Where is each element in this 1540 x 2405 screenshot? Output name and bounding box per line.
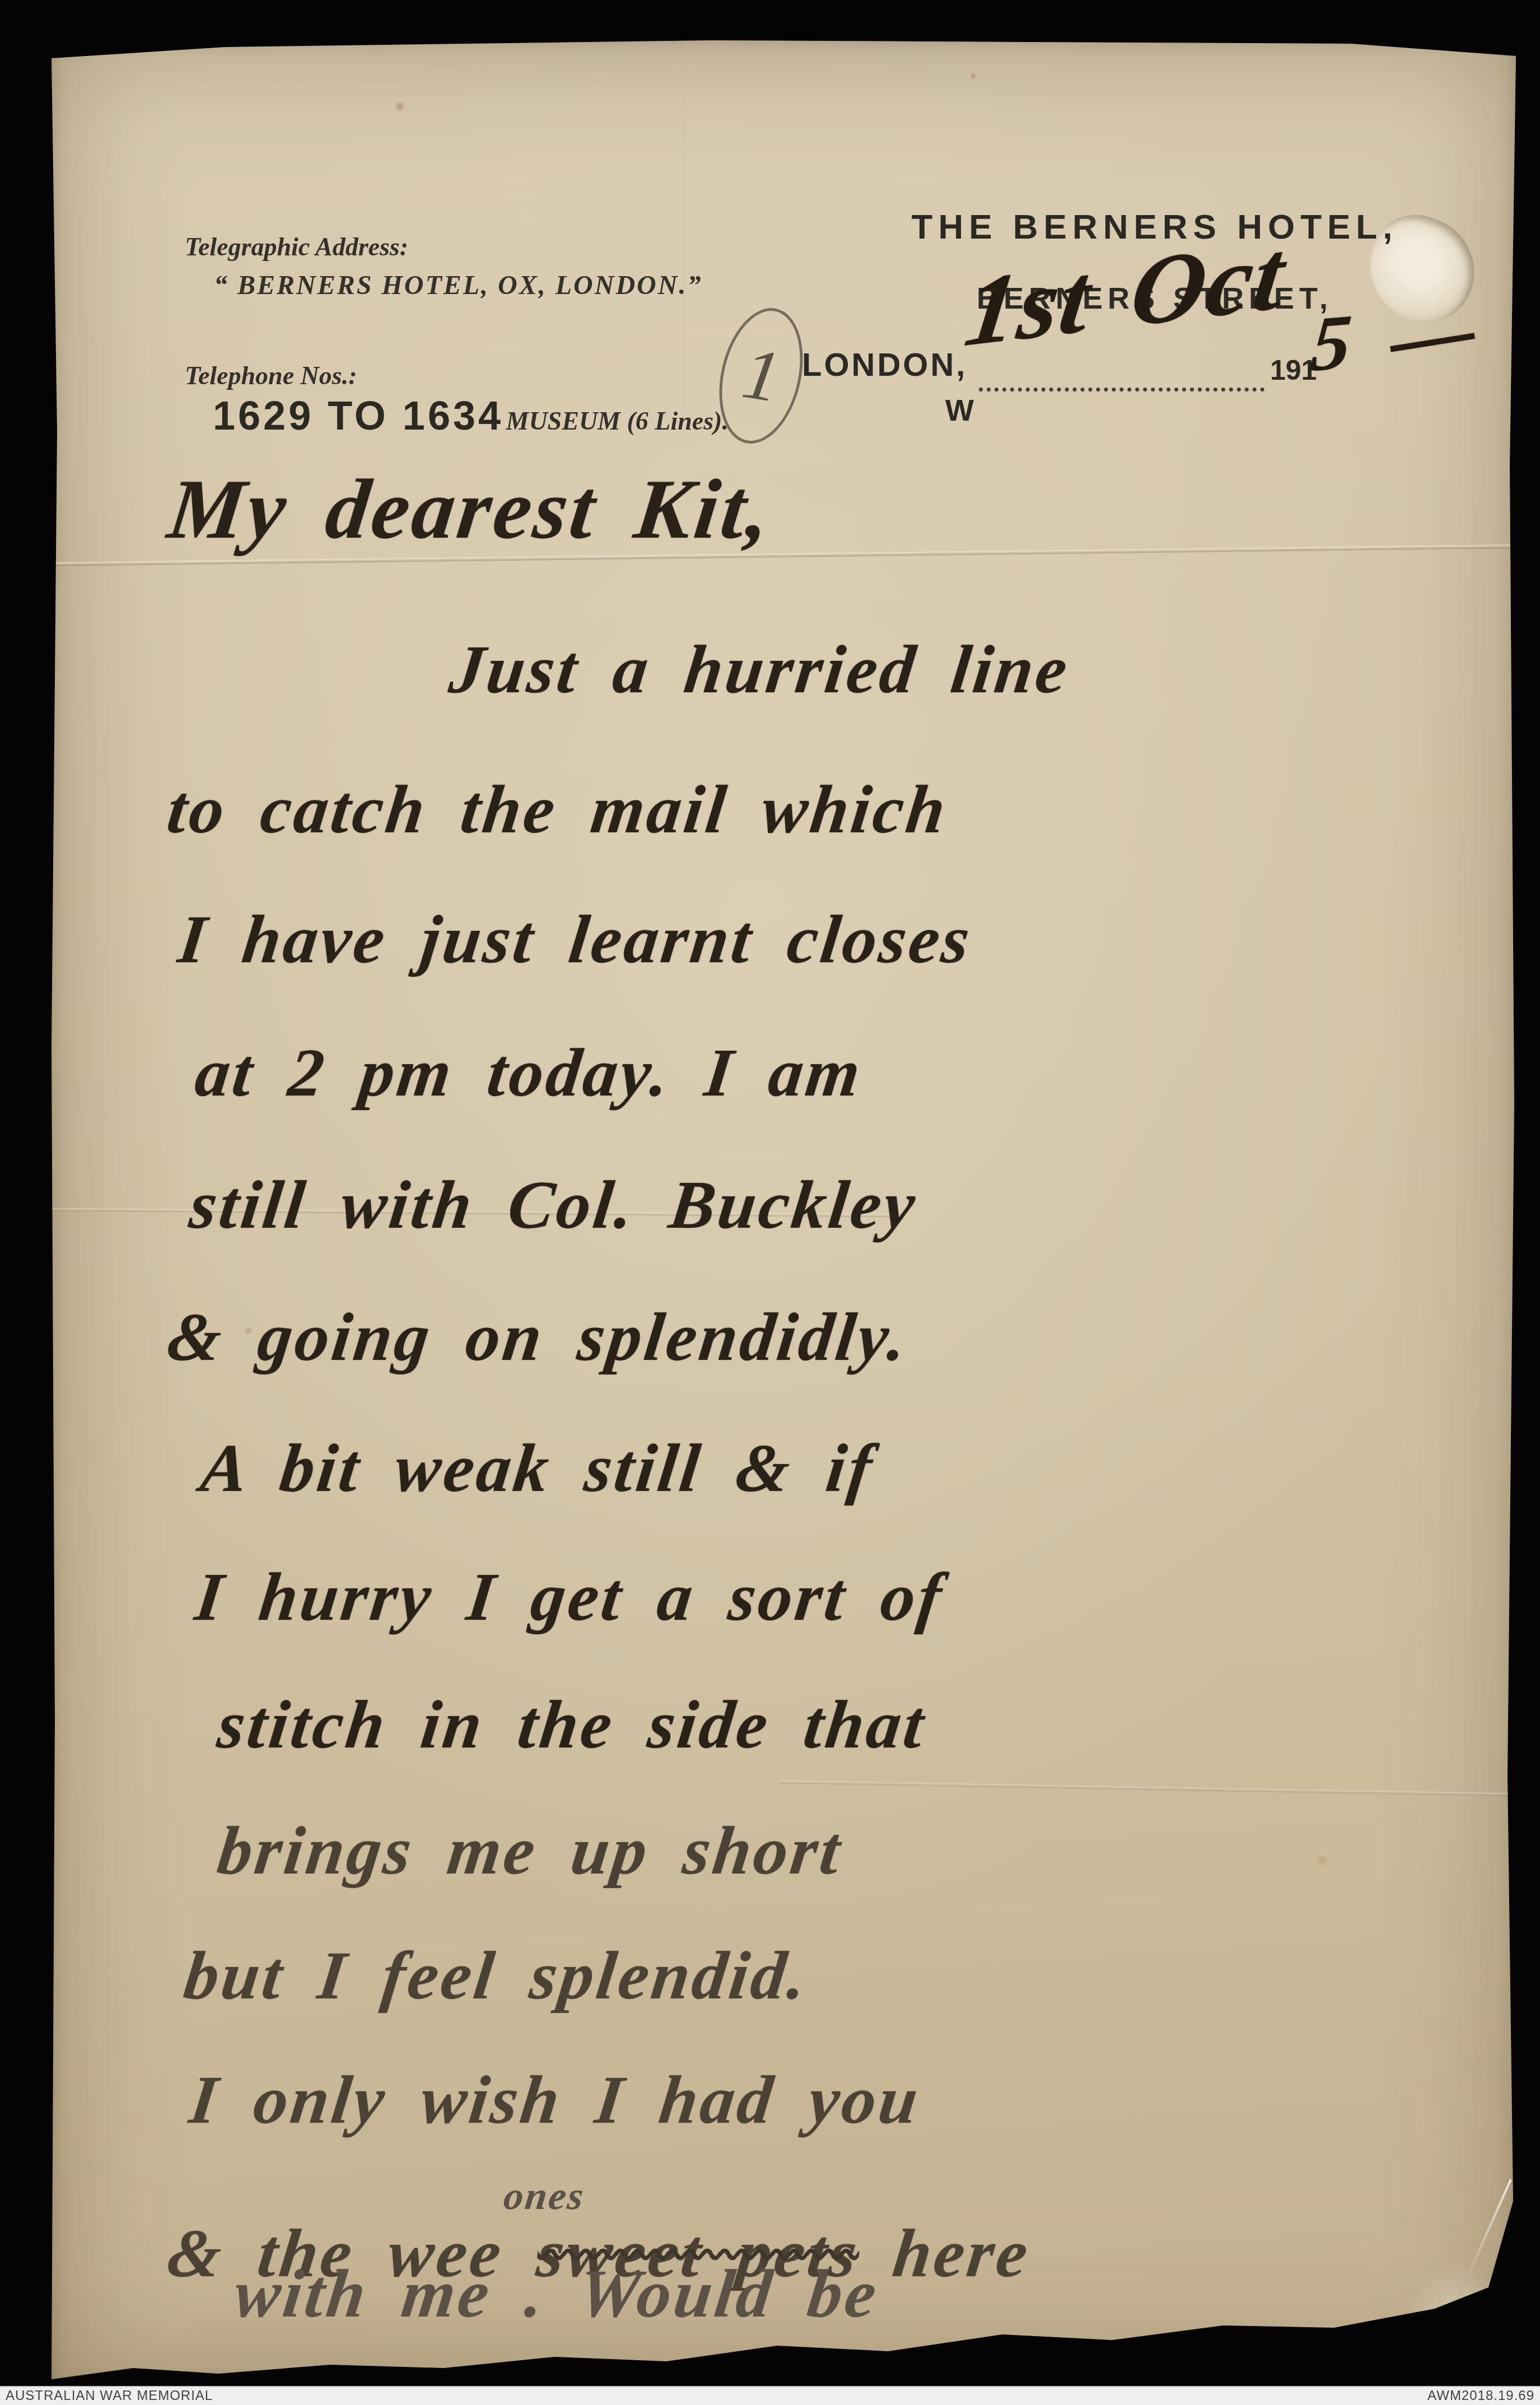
telephone-nos-label: Telephone Nos.: xyxy=(185,361,357,390)
body-line: stitch in the side that xyxy=(213,1686,930,1764)
body-line: & going on splendidly. xyxy=(163,1298,913,1377)
body-line: I have just learnt closes xyxy=(174,901,976,979)
archive-caption-bar: AUSTRALIAN WAR MEMORIAL AWM2018.19.69 xyxy=(0,2386,1540,2405)
fold-crease-lower xyxy=(780,1781,1516,1797)
telegraphic-address-label: Telegraphic Address: xyxy=(185,232,408,262)
body-line: A bit weak still & if xyxy=(197,1429,879,1508)
city-label: LONDON, xyxy=(802,346,967,384)
telephone-numbers: 1629 TO 1634 xyxy=(213,394,503,439)
fold-crease-vertical xyxy=(683,39,685,409)
body-line-last: with me . Would be xyxy=(230,2255,883,2333)
letter-paper: Telegraphic Address: “ BERNERS HOTEL, OX… xyxy=(52,39,1516,2386)
scanned-letter-page: Telegraphic Address: “ BERNERS HOTEL, OX… xyxy=(0,0,1540,2405)
body-line: but I feel splendid. xyxy=(180,1937,813,2015)
inserted-word: ones xyxy=(501,2174,587,2219)
body-line: at 2 pm today. I am xyxy=(191,1034,867,1112)
telephone-exchange: MUSEUM (6 Lines). xyxy=(506,407,729,435)
body-line: brings me up short xyxy=(213,1812,847,1890)
body-line: I only wish I had you xyxy=(185,2061,925,2140)
telegraphic-address-value: “ BERNERS HOTEL, OX, LONDON.” xyxy=(214,270,702,301)
telephone-numbers-row: 1629 TO 1634 MUSEUM (6 Lines). xyxy=(213,393,729,439)
archive-accession-number: AWM2018.19.69 xyxy=(1427,2388,1534,2404)
amended-suffix: here xyxy=(855,2216,1035,2291)
district-label: W xyxy=(945,393,974,428)
date-dotted-line xyxy=(979,357,1264,391)
handwritten-year-digit: 5 xyxy=(1307,296,1357,390)
body-line: I hurry I get a sort of xyxy=(191,1558,948,1637)
pencil-digit: 1 xyxy=(737,331,786,420)
salutation: My dearest Kit, xyxy=(163,460,778,558)
body-line: to catch the mail which xyxy=(163,771,952,849)
handwritten-flourish: — xyxy=(1383,279,1484,388)
paper-tear-mark xyxy=(1450,2179,1511,2313)
body-line: still with Col. Buckley xyxy=(185,1166,922,1245)
body-line: Just a hurried line xyxy=(445,631,1074,709)
archive-institution: AUSTRALIAN WAR MEMORIAL xyxy=(6,2388,213,2404)
